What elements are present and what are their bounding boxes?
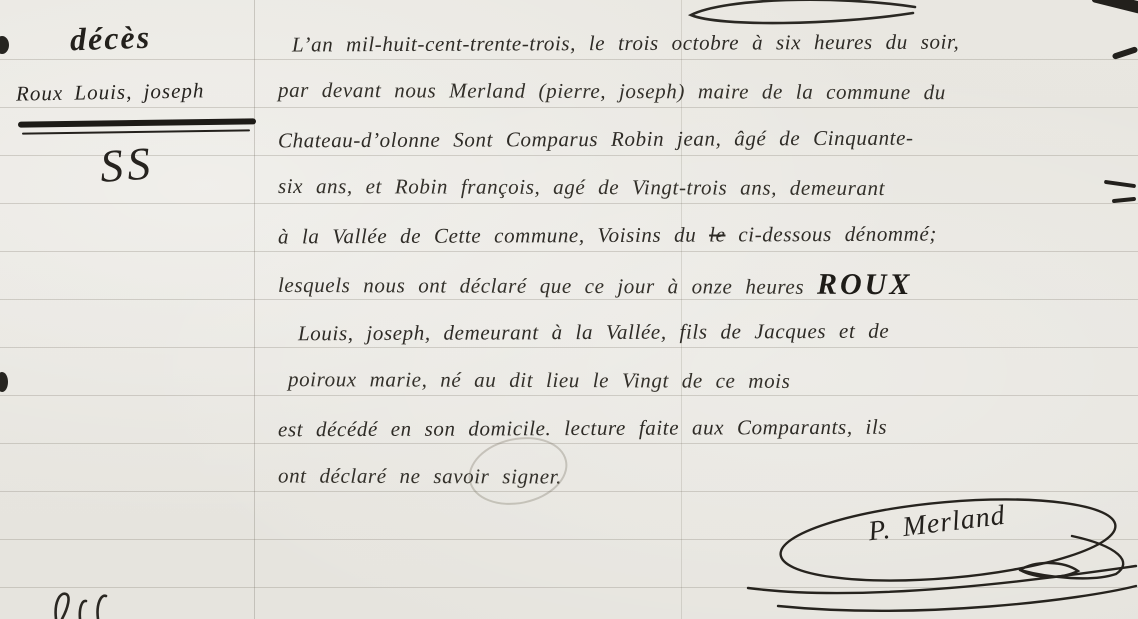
scan-edge-mark [1104,180,1136,188]
record-line: est décédé en son domicile. lecture fait… [278,412,887,445]
death-record-scan: décès Roux Louis, joseph SS L’an mil-hui… [0,0,1138,619]
record-line: six ans, et Robin françois, agé de Vingt… [278,171,885,203]
scan-edge-mark [1112,46,1138,60]
line-text: ci-dessous dénommé; [725,222,937,247]
scan-edge-smudge [0,36,9,54]
margin-deceased-name: Roux Louis, joseph [16,78,205,106]
margin-double-rule-thin [22,129,250,134]
margin-heading-deces: décès [69,19,151,59]
record-line: Louis, joseph, demeurant à la Vallée, fi… [298,316,889,349]
record-line: lesquels nous ont déclaré que ce jour à … [278,268,912,302]
scan-edge-smudge [0,372,8,392]
line-text: Chateau-d’olonne Sont Comparus Robin jea… [278,126,914,153]
record-line: par devant nous Merland (pierre, joseph)… [278,75,946,107]
line-text: poiroux marie, né au dit lieu le Vingt d… [288,367,790,393]
margin-column-rule [254,0,255,619]
scan-edge-mark [1091,0,1138,14]
line-text: par devant nous Merland (pierre, joseph)… [278,78,946,104]
margin-double-rule-thick [18,118,256,127]
deceased-surname: ROUX [817,268,912,301]
mayor-signature: P. Merland [867,500,1008,549]
line-text: six ans, et Robin françois, agé de Vingt… [278,174,885,200]
signature-flourish [720,478,1138,619]
line-text: lesquels nous ont déclaré que ce jour à … [278,273,817,299]
record-line: Chateau-d’olonne Sont Comparus Robin jea… [278,123,914,156]
margin-paraph-initials: SS [98,136,156,193]
line-text: à la Vallée de Cette commune, Voisins du [278,223,709,249]
record-line: à la Vallée de Cette commune, Voisins du… [278,219,937,252]
record-line: L’an mil-huit-cent-trente-trois, le troi… [292,27,959,60]
line-text: Louis, joseph, demeurant à la Vallée, fi… [298,319,889,346]
next-record-fragment [46,588,136,619]
record-line: poiroux marie, né au dit lieu le Vingt d… [288,364,791,396]
scan-edge-mark [1112,197,1136,203]
struck-word: le [709,222,725,246]
line-text: est décédé en son domicile. lecture fait… [278,415,887,442]
line-text: L’an mil-huit-cent-trente-trois, le troi… [292,30,959,57]
